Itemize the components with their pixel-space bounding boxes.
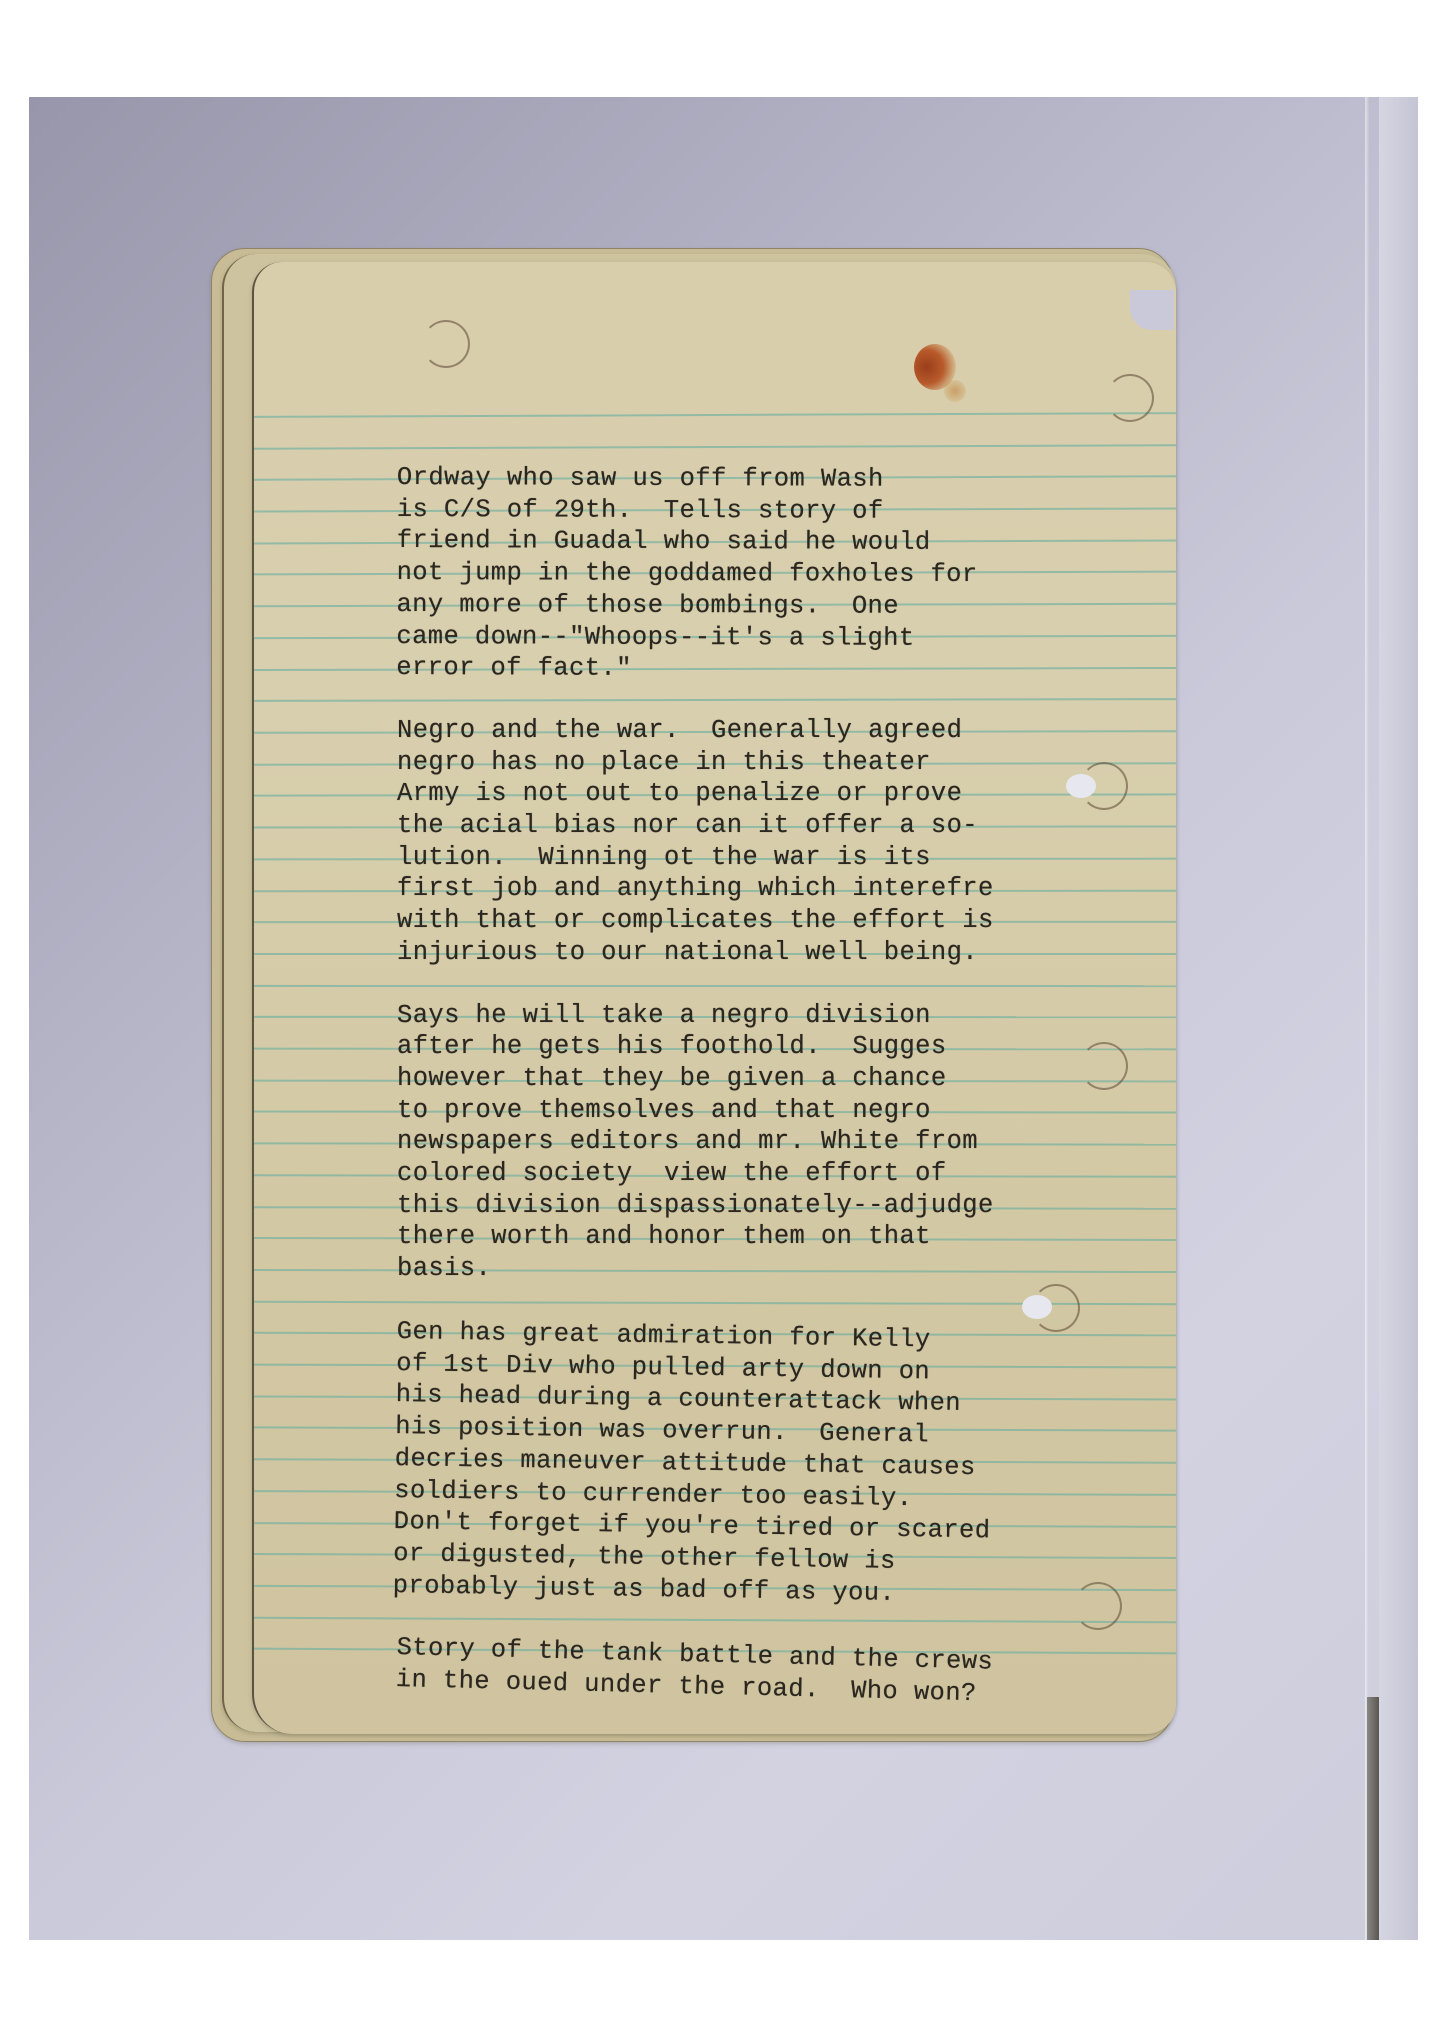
rust-stain-small (944, 380, 966, 402)
background-crease (1365, 97, 1369, 1940)
hole-punch-ring-icon (422, 320, 470, 368)
text-line: this division dispassionately--adjudge (397, 1190, 1157, 1222)
text-line: lution. Winning ot the war is its (397, 842, 1157, 874)
text-line: there worth and honor them on that (397, 1221, 1157, 1253)
text-line: negro has no place in this theater (397, 747, 1157, 779)
text-line: basis. (397, 1253, 1157, 1285)
text-line: Negro and the war. Generally agreed (397, 715, 1157, 747)
paragraph: Gen has great admiration for Kellyof 1st… (393, 1316, 1157, 1613)
ruled-line (254, 412, 1176, 418)
text-line: is C/S of 29th. Tells story of (397, 494, 1157, 528)
text-line: not jump in the goddamed foxholes for (397, 557, 1157, 591)
text-line: came down--"Whoops--it's a slight (396, 621, 1156, 655)
text-line: first job and anything which interefre (397, 873, 1157, 905)
paragraph: Negro and the war. Generally agreednegro… (397, 715, 1157, 969)
paragraph: Says he will take a negro divisionafter … (397, 1000, 1157, 1285)
background-dark-edge (1367, 1697, 1379, 1940)
paper-sheet-front: Ordway who saw us off from Washis C/S of… (252, 262, 1176, 1734)
text-line: injurious to our national well being. (397, 937, 1157, 969)
text-line: with that or complicates the effort is (397, 905, 1157, 937)
text-line: to prove themsolves and that negro (397, 1095, 1157, 1127)
text-line: the acial bias nor can it offer a so- (397, 810, 1157, 842)
paragraph: Ordway who saw us off from Washis C/S of… (396, 462, 1157, 687)
typed-text-body: Ordway who saw us off from Washis C/S of… (397, 462, 1157, 1727)
text-line: Ordway who saw us off from Wash (397, 462, 1157, 496)
paragraph: Story of the tank battle and the crewsin… (395, 1632, 1156, 1714)
text-line: Says he will take a negro division (397, 1000, 1157, 1032)
text-line: friend in Guadal who said he would (397, 525, 1157, 559)
hole-punch-ring-icon (1106, 374, 1154, 422)
ruled-line (254, 444, 1176, 450)
text-line: newspapers editors and mr. White from (397, 1126, 1157, 1158)
text-line: any more of those bombings. One (396, 589, 1156, 623)
text-line: error of fact." (396, 652, 1156, 686)
text-line: Army is not out to penalize or prove (397, 778, 1157, 810)
paper-corner-notch (1130, 290, 1174, 330)
text-line: after he gets his foothold. Sugges (397, 1031, 1157, 1063)
background-edge-strip (1379, 97, 1418, 1940)
text-line: colored society view the effort of (397, 1158, 1157, 1190)
text-line: however that they be given a chance (397, 1063, 1157, 1095)
